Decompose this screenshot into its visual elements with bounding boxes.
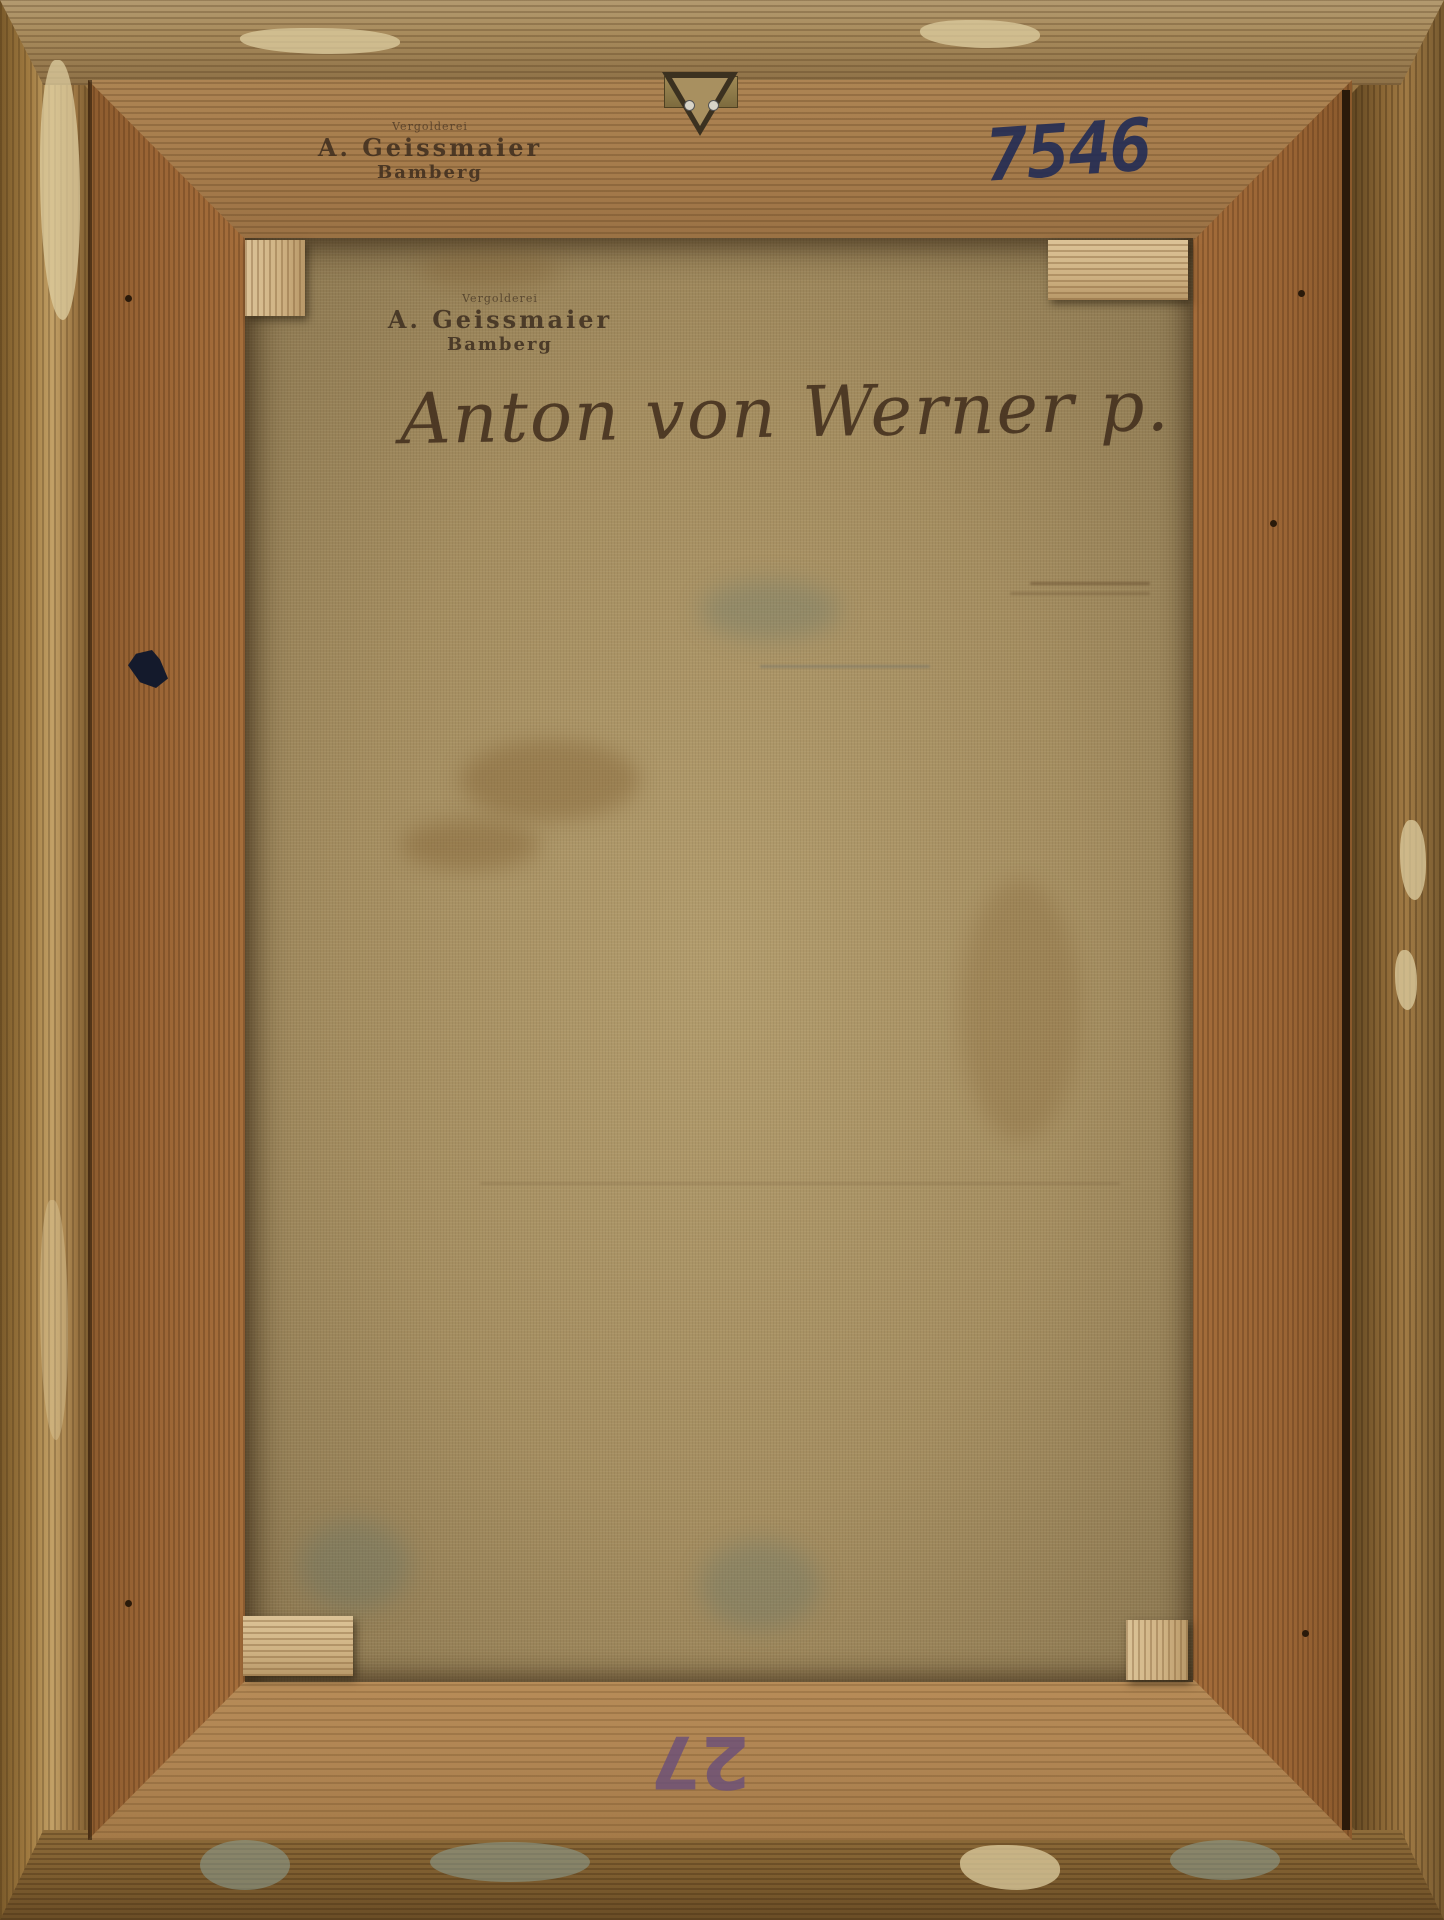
canvas-stain — [300, 1520, 410, 1610]
corner-key-top-left — [245, 240, 305, 316]
nail-hole — [1270, 520, 1277, 527]
stamp-line-1: Vergolderei — [370, 292, 630, 305]
canvas-streak — [1030, 582, 1150, 585]
stamp-line-2: A. Geissmaier — [300, 133, 560, 162]
nail-hole — [1302, 1630, 1309, 1637]
canvas-streak — [1010, 592, 1150, 595]
canvas-stain — [700, 1540, 820, 1630]
canvas-stain — [960, 880, 1080, 1140]
canvas-stain — [700, 580, 840, 640]
corner-key-top-right — [1048, 240, 1188, 300]
lot-number: 27 — [650, 1720, 750, 1804]
canvas-gilder-stamp: Vergolderei A. Geissmaier Bamberg — [370, 292, 630, 355]
canvas-streak — [760, 665, 930, 668]
nail-hole — [125, 1600, 132, 1607]
gesso-wear-patch — [1395, 950, 1417, 1010]
canvas-stain — [460, 740, 640, 820]
paint-residue-patch — [1170, 1840, 1280, 1880]
frame-gilder-stamp: Vergolderei A. Geissmaier Bamberg — [300, 120, 560, 183]
outer-frame-left-rail — [0, 0, 95, 1920]
stamp-line-2: A. Geissmaier — [370, 305, 630, 334]
frame-gap — [88, 80, 92, 1840]
gesso-wear-patch — [1400, 820, 1426, 900]
canvas-stain — [400, 820, 540, 870]
stretcher-right-bar — [1192, 80, 1352, 1840]
triangle-hanger-inner — [672, 78, 728, 126]
stretcher-left-bar — [88, 80, 248, 1840]
artist-signature: Anton von Werner p. — [399, 366, 1120, 461]
stamp-line-1: Vergolderei — [300, 120, 560, 133]
screw-icon — [684, 100, 695, 111]
corner-key-bottom-right — [1126, 1620, 1188, 1680]
paint-residue-patch — [430, 1842, 590, 1882]
nail-hole — [125, 295, 132, 302]
screw-icon — [708, 100, 719, 111]
stamp-line-3: Bamberg — [300, 162, 560, 183]
paint-residue-patch — [200, 1840, 290, 1890]
canvas-stain — [420, 250, 560, 290]
canvas-streak — [480, 1182, 1120, 1185]
frame-gap — [1342, 90, 1350, 1830]
corner-key-bottom-left — [243, 1616, 353, 1676]
inventory-number: 7546 — [982, 102, 1153, 197]
nail-hole — [1298, 290, 1305, 297]
stamp-line-3: Bamberg — [370, 334, 630, 355]
